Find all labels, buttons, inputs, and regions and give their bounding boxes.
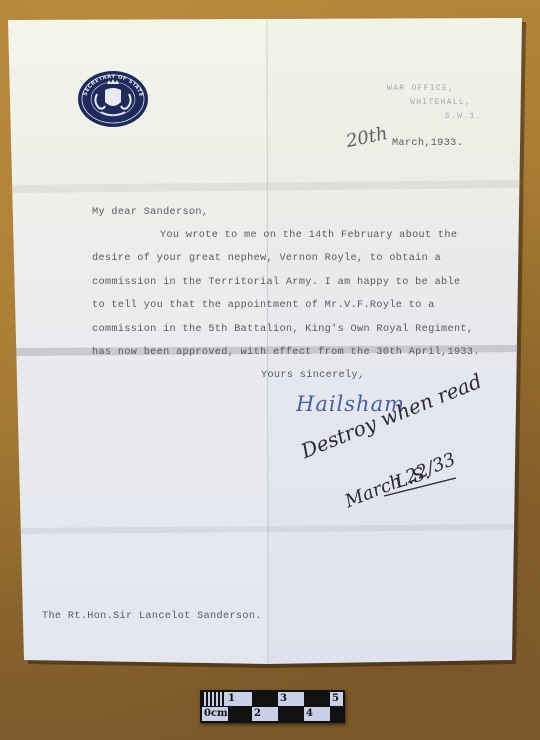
royal-crest-icon: SECRETARY OF STATE FOR WAR xyxy=(77,70,149,128)
letter-sheet: SECRETARY OF STATE FOR WAR WAR OFFICE, W… xyxy=(0,0,540,740)
body-line-2: desire of your great nephew, Vernon Royl… xyxy=(92,253,441,264)
body-line-4: to tell you that the appointment of Mr.V… xyxy=(92,300,435,311)
scale-bar: 1 3 5 0cm 2 4 xyxy=(200,690,345,723)
body-line-6: has now been approved, with effect from … xyxy=(92,347,480,358)
letterhead-address-line-2: WHITEHALL, xyxy=(410,98,471,107)
body-line-5: commission in the 5th Battalion, King's … xyxy=(92,324,473,335)
scale-label-4: 4 xyxy=(304,707,330,721)
war-office-seal: SECRETARY OF STATE FOR WAR xyxy=(77,70,149,128)
salutation: My dear Sanderson, xyxy=(92,207,208,218)
scale-label-0cm: 0cm xyxy=(202,707,228,721)
letterhead-address-line-1: WAR OFFICE, xyxy=(387,84,454,93)
scale-label-5: 5 xyxy=(330,692,343,706)
addressee: The Rt.Hon.Sir Lancelot Sanderson. xyxy=(42,611,262,622)
closing: Yours sincerely, xyxy=(261,370,364,381)
letterhead-address-line-3: S.W.1. xyxy=(445,112,482,121)
scale-bar-mm-ticks xyxy=(202,692,226,706)
typed-date: March,1933. xyxy=(392,138,463,149)
scale-label-1: 1 xyxy=(226,692,252,706)
body-line-3: commission in the Territorial Army. I am… xyxy=(92,277,460,288)
body-line-1: You wrote to me on the 14th February abo… xyxy=(160,230,457,241)
scale-label-2: 2 xyxy=(252,707,278,721)
scale-label-3: 3 xyxy=(278,692,304,706)
